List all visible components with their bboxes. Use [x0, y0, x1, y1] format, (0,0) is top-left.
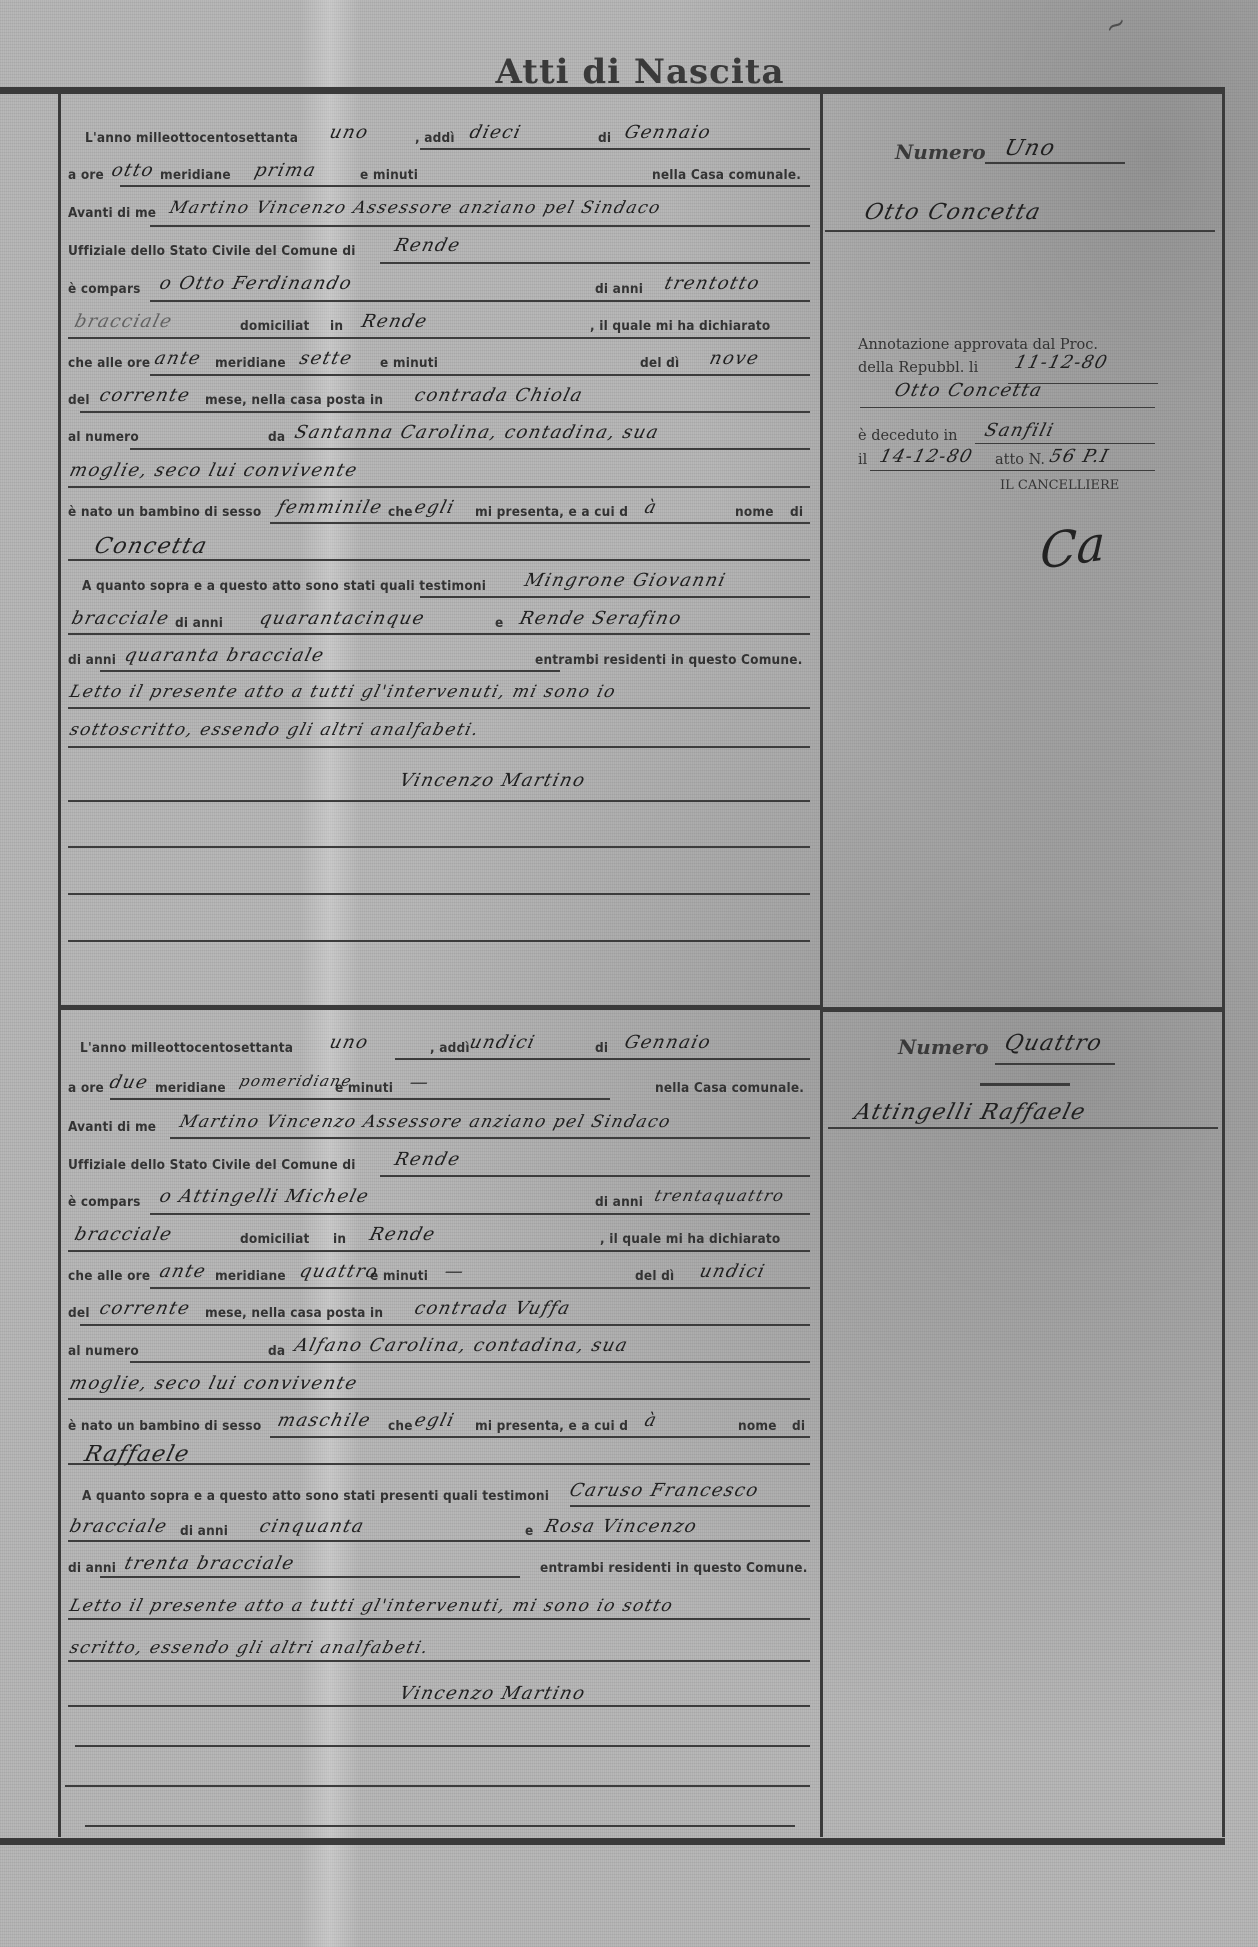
margin-name: Attingelli Raffaele — [852, 1100, 1089, 1125]
value-cont: moglie, seco lui convivente — [67, 460, 360, 481]
column-divider — [820, 92, 823, 1837]
ruled-line — [380, 1175, 810, 1177]
annotation-name: Otto Concetta — [892, 380, 1045, 401]
label-domicil-in: in — [330, 318, 343, 334]
value-ore: due — [107, 1072, 151, 1093]
value-meridiane: pomeridiane — [238, 1072, 355, 1090]
right-border — [1222, 92, 1225, 1837]
value-mese: contrada Chiola — [412, 385, 585, 406]
annotation-atto-label: atto N. — [995, 452, 1045, 468]
value-domicil-prefix: bracciale — [72, 1224, 175, 1245]
label-mese: mese, nella casa posta in — [205, 1305, 383, 1321]
value-testimoni: Caruso Francesco — [567, 1480, 761, 1501]
ruled-line — [68, 1398, 810, 1400]
label-addi: , addì — [430, 1040, 470, 1056]
ruled-line — [68, 337, 810, 339]
value-alle-ore: ante — [152, 348, 203, 369]
value-da: Santanna Carolina, contadina, sua — [292, 422, 661, 443]
value-nome: Concetta — [92, 534, 211, 559]
label-entrambi: entrambi residenti in questo Comune. — [540, 1560, 808, 1576]
label-minuti2: e minuti — [370, 1268, 428, 1284]
ruled-line — [860, 407, 1155, 408]
value-anno: uno — [327, 1032, 371, 1053]
label-minuti: e minuti — [360, 167, 418, 183]
ruled-line — [270, 522, 810, 524]
label-ufficiale: Uffiziale dello Stato Civile del Comune … — [68, 1157, 356, 1173]
ruled-line — [68, 1618, 810, 1620]
label-nome-di: di — [792, 1418, 805, 1434]
ruled-line — [75, 1745, 810, 1747]
annotation-atto-value: 56 P.I — [1047, 446, 1111, 467]
ruled-line — [110, 1098, 610, 1100]
value-addi: dieci — [467, 122, 524, 143]
ruled-line — [825, 230, 1215, 232]
value-che: egli — [412, 497, 457, 518]
value-anni: trentaquattro — [653, 1186, 787, 1205]
value-nato-sesso: femminile — [275, 497, 385, 518]
annotation-line2-label: della Repubbl. li — [858, 360, 978, 376]
label-test1-anni: di anni — [175, 615, 223, 631]
value-closing1: Letto il presente atto a tutti gl'interv… — [68, 1596, 676, 1616]
value-di: Gennaio — [622, 1032, 713, 1053]
ruled-line — [65, 1785, 810, 1787]
label-testimoni: A quanto sopra e a questo atto sono stat… — [82, 1488, 549, 1504]
value-ore: otto — [109, 160, 156, 181]
margin-name: Otto Concetta — [862, 200, 1044, 225]
ruled-line — [68, 893, 810, 895]
ruled-line — [828, 1127, 1218, 1129]
value-domicil: Rende — [359, 311, 430, 332]
value-test2-name: Rosa Vincenzo — [542, 1516, 700, 1537]
label-anni: di anni — [595, 281, 643, 297]
label-casa: nella Casa comunale. — [655, 1080, 804, 1096]
ruled-line — [68, 800, 810, 802]
label-nato: è nato un bambino di sesso — [68, 504, 261, 520]
value-anni: trentotto — [662, 273, 762, 294]
record-separator-right — [822, 1007, 1224, 1012]
ruled-line — [995, 1063, 1115, 1065]
officer-signature: Vincenzo Martino — [397, 770, 588, 791]
value-compars: o Otto Ferdinando — [157, 273, 354, 294]
value-ufficiale: Rende — [392, 235, 463, 256]
label-ore: a ore — [68, 1080, 104, 1096]
value-avanti: Martino Vincenzo Assessore anziano pel S… — [178, 1112, 674, 1132]
label-minuti2: e minuti — [380, 355, 438, 371]
label-test2-anni: di anni — [68, 1560, 116, 1576]
ruled-line — [395, 1058, 810, 1060]
label-casa: nella Casa comunale. — [652, 167, 801, 183]
label-nome-di: di — [790, 504, 803, 520]
ruled-line — [80, 411, 810, 413]
label-entrambi: entrambi residenti in questo Comune. — [535, 652, 803, 668]
value-avanti: Martino Vincenzo Assessore anziano pel S… — [168, 198, 664, 218]
label-mese: mese, nella casa posta in — [205, 392, 383, 408]
label-compars: è compars — [68, 1194, 141, 1210]
value-test1-prof: bracciale — [67, 1516, 170, 1537]
label-numero: al numero — [68, 1343, 139, 1359]
label-compars: è compars — [68, 281, 141, 297]
ruled-line — [420, 596, 810, 598]
ruled-line — [68, 940, 810, 942]
label-avanti: Avanti di me — [68, 205, 156, 221]
value-record-number: Uno — [1002, 136, 1059, 161]
ruled-line — [68, 1660, 810, 1662]
value-domicil: Rende — [367, 1224, 438, 1245]
ruled-line — [100, 1576, 520, 1578]
ruled-line — [100, 670, 560, 672]
label-record-number: Numero — [898, 1035, 989, 1059]
value-compars: o Attingelli Michele — [157, 1186, 371, 1207]
ruled-line — [130, 448, 810, 450]
ruled-line — [870, 470, 1155, 471]
value-di: Gennaio — [622, 122, 713, 143]
label-alle-ore: che alle ore — [68, 355, 150, 371]
ruled-line — [68, 1540, 810, 1542]
label-domicil: domiciliat — [240, 1231, 310, 1247]
label-quale: , il quale mi ha dichiarato — [590, 318, 770, 334]
ruled-line — [68, 559, 810, 561]
officer-signature: Vincenzo Martino — [397, 1683, 588, 1704]
annotation-deceduto-label: è deceduto in — [858, 428, 958, 444]
annotation-deceduto-value: Sanfili — [982, 420, 1056, 441]
ruled-line — [68, 746, 810, 748]
label-da: da — [268, 1343, 285, 1359]
ruled-line — [130, 1361, 810, 1363]
label-anni: di anni — [595, 1194, 643, 1210]
label-avanti: Avanti di me — [68, 1119, 156, 1135]
label-domicil-in: in — [333, 1231, 346, 1247]
ruled-line — [68, 1250, 810, 1252]
label-presenta: mi presenta, e a cui d — [475, 1418, 628, 1434]
top-heavy-rule — [0, 87, 1225, 94]
value-cont: moglie, seco lui convivente — [67, 1373, 360, 1394]
label-anno: L'anno milleottocentosettanta — [80, 1040, 293, 1056]
label-nome: nome — [738, 1418, 777, 1434]
label-di: di — [598, 130, 611, 146]
label-e: e — [525, 1523, 533, 1539]
value-test1-anni: quarantacinque — [257, 608, 427, 629]
value-test1-prof: bracciale — [69, 608, 172, 629]
label-meridiane: meridiane — [155, 1080, 226, 1096]
label-testimoni: A quanto sopra e a questo atto sono stat… — [82, 578, 486, 594]
label-domicil: domiciliat — [240, 318, 310, 334]
ruled-line — [270, 1436, 810, 1438]
annotation-cancelliere-label: IL CANCELLIERE — [1000, 478, 1119, 493]
label-meridiane: meridiane — [160, 167, 231, 183]
label-e: e — [495, 615, 503, 631]
value-del-di: undici — [697, 1261, 768, 1282]
label-del-di: del dì — [640, 355, 679, 371]
ruled-line — [170, 1137, 810, 1139]
value-del: corrente — [97, 1298, 193, 1319]
value-meridiane2: sette — [297, 348, 355, 369]
ruled-line — [120, 185, 810, 187]
value-test2-anni: quaranta bracciale — [122, 645, 327, 666]
label-anno: L'anno milleottocentosettanta — [85, 130, 298, 146]
ruled-line — [980, 1083, 1070, 1086]
label-nato: è nato un bambino di sesso — [68, 1418, 261, 1434]
value-closing1: Letto il presente atto a tutti gl'interv… — [68, 682, 619, 702]
value-alle-ore: ante — [157, 1261, 208, 1282]
label-test1-anni: di anni — [180, 1523, 228, 1539]
value-addi: undici — [467, 1032, 538, 1053]
value-test2-anni: trenta bracciale — [122, 1553, 297, 1574]
ruled-line — [150, 374, 810, 376]
ruled-line — [985, 162, 1125, 164]
value-meridiane: prima — [252, 160, 318, 181]
ruled-line — [68, 486, 810, 488]
label-meridiane2: meridiane — [215, 1268, 286, 1284]
ruled-line — [68, 1705, 810, 1707]
ruled-line — [68, 633, 810, 635]
ruled-line — [150, 225, 810, 227]
value-closing2: sottoscritto, essendo gli altri analfabe… — [68, 720, 482, 740]
value-del-di: nove — [707, 348, 762, 369]
ruled-line — [150, 1287, 810, 1289]
left-border — [58, 92, 61, 1837]
ruled-line — [420, 148, 810, 150]
label-quale: , il quale mi ha dichiarato — [600, 1231, 780, 1247]
ruled-line — [68, 846, 810, 848]
ruled-line — [85, 1825, 795, 1827]
value-anno: uno — [327, 122, 371, 143]
label-alle-ore: che alle ore — [68, 1268, 150, 1284]
label-ufficiale: Uffiziale dello Stato Civile del Comune … — [68, 243, 356, 259]
ruled-line — [150, 300, 810, 302]
label-nome: nome — [735, 504, 774, 520]
value-che: egli — [412, 1410, 457, 1431]
record-separator-left — [60, 1005, 822, 1010]
value-mese: contrada Vuffa — [412, 1298, 573, 1319]
value-ufficiale: Rende — [392, 1149, 463, 1170]
label-record-number: Numero — [895, 140, 986, 164]
value-record-number: Quattro — [1002, 1031, 1105, 1056]
annotation-il-label: il — [858, 452, 867, 468]
label-del: del — [68, 1305, 90, 1321]
label-test2-anni: di anni — [68, 652, 116, 668]
annotation-il-value: 14-12-80 — [877, 446, 975, 467]
value-closing2: scritto, essendo gli altri analfabeti. — [68, 1638, 432, 1658]
label-del: del — [68, 392, 90, 408]
bottom-heavy-rule — [0, 1838, 1225, 1845]
label-del-di: del dì — [635, 1268, 674, 1284]
value-nome: Raffaele — [82, 1442, 193, 1467]
label-meridiane2: meridiane — [215, 355, 286, 371]
label-presenta: mi presenta, e a cui d — [475, 504, 628, 520]
label-numero: al numero — [68, 429, 139, 445]
label-che: che — [388, 1418, 413, 1434]
ruled-line — [150, 1213, 810, 1215]
value-nato-sesso: maschile — [275, 1410, 373, 1431]
ruled-line — [975, 443, 1155, 444]
value-da: Alfano Carolina, contadina, sua — [292, 1335, 630, 1356]
value-meridiane2: quattro — [297, 1261, 381, 1282]
annotation-line1: Annotazione approvata dal Proc. — [858, 337, 1098, 353]
value-testimoni: Mingrone Giovanni — [522, 570, 728, 591]
ruled-line — [380, 262, 810, 264]
label-addi: , addì — [415, 130, 455, 146]
document-title: Atti di Nascita — [430, 52, 850, 92]
label-ore: a ore — [68, 167, 104, 183]
label-da: da — [268, 429, 285, 445]
value-del: corrente — [97, 385, 193, 406]
annotation-line2-value: 11-12-80 — [1012, 352, 1110, 373]
value-domicil-prefix: bracciale — [72, 311, 175, 332]
ruled-line — [570, 1505, 810, 1507]
value-test1-anni: cinquanta — [257, 1516, 367, 1537]
ruled-line — [80, 1324, 810, 1326]
label-che: che — [388, 504, 413, 520]
cancelliere-signature: Ca — [1039, 515, 1106, 581]
label-di: di — [595, 1040, 608, 1056]
value-test2-name: Rende Serafino — [517, 608, 684, 629]
ruled-line — [68, 707, 810, 709]
